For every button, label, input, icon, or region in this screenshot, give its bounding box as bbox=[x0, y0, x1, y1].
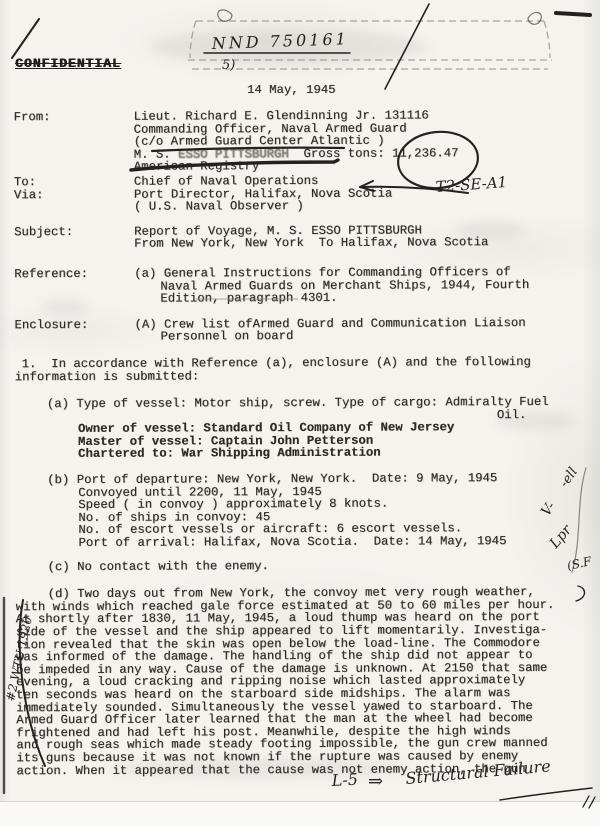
scan-smudge bbox=[40, 300, 90, 314]
classification-marking: CONFIDENTIAL bbox=[15, 58, 121, 71]
field-reference: Reference: (a) General Instructions for … bbox=[14, 266, 599, 306]
note-underline bbox=[500, 788, 592, 800]
typed-line: Edition, paragraph 4301. bbox=[160, 291, 599, 306]
scan-smudge bbox=[150, 30, 430, 64]
stamp-corner-curl bbox=[528, 12, 541, 24]
typed-line: (c) No contact with the enemy. bbox=[48, 558, 600, 573]
typed-line: ( U.S. Naval Observer ) bbox=[134, 199, 599, 214]
registry-line: American Registry bbox=[134, 159, 599, 174]
field-enclosure: Enclosure: (A) Crew list ofArmed Guard a… bbox=[14, 316, 599, 344]
scan-smudge bbox=[110, 758, 410, 778]
document-date: 14 May, 1945 bbox=[247, 84, 336, 97]
field-label: Via: bbox=[14, 188, 134, 214]
gross-tons: Gross tons: 11,236 bbox=[289, 146, 437, 161]
typed-line: information is submitted: bbox=[15, 368, 600, 383]
scan-bottom-edge bbox=[0, 801, 600, 826]
field-from: From: Lieut. Richard E. Glendinning Jr. … bbox=[14, 109, 599, 175]
gross-tons-decimal: .47 bbox=[436, 146, 458, 160]
scan-edge-dash bbox=[556, 13, 590, 15]
item-c-enemy-contact: (c) No contact with the enemy. bbox=[16, 558, 600, 573]
paragraph-1: 1. In accordance with Reference (a), enc… bbox=[15, 356, 600, 384]
field-via: Via: Port Director, Halifax, Nova Scotia… bbox=[14, 186, 599, 214]
field-label: Subject: bbox=[14, 225, 134, 251]
field-label: From: bbox=[14, 111, 134, 174]
typed-line: Port of arrival: Halifax, Nova Scotia. D… bbox=[78, 535, 600, 550]
field-label: Enclosure: bbox=[14, 318, 134, 344]
typed-line: 1. In accordance with Reference (a), enc… bbox=[22, 356, 600, 371]
scanned-document-page: CONFIDENTIAL 14 May, 1945 From: Lieut. R… bbox=[0, 0, 600, 826]
item-b-voyage-info: (b) Port of departure: New York, New Yor… bbox=[15, 472, 600, 550]
typed-line: Chartered to: War Shipping Administratio… bbox=[78, 446, 600, 461]
field-label: To: bbox=[14, 176, 134, 189]
stamp-box-line bbox=[544, 21, 550, 58]
item-d-narrative: (d) Two days out from New York, the conv… bbox=[16, 586, 600, 777]
scan-smudge bbox=[455, 222, 525, 238]
typed-line: From New York, New York To Halifax, Nova… bbox=[134, 236, 599, 251]
typed-line: Personnel on board bbox=[161, 329, 600, 344]
stamp-corner-curl bbox=[218, 10, 232, 21]
letter-body: From: Lieut. Richard E. Glendinning Jr. … bbox=[0, 109, 600, 778]
scan-smudge bbox=[495, 412, 575, 430]
pen-slash-mark bbox=[12, 19, 39, 58]
